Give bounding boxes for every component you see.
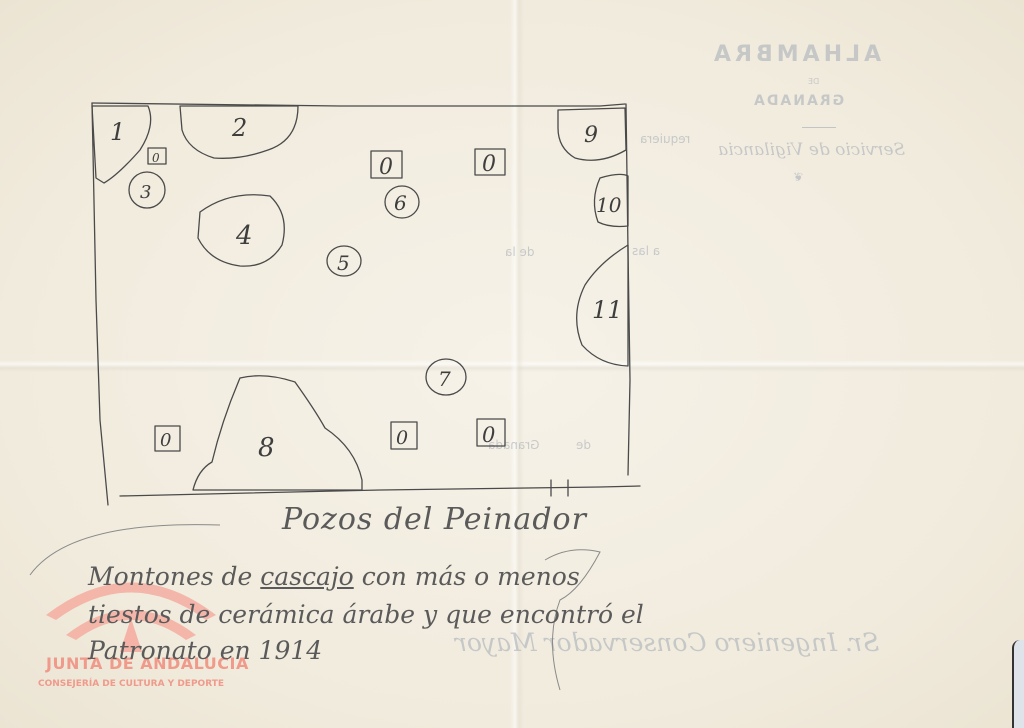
marker-label: 0 <box>160 430 171 451</box>
heap-8 <box>193 376 362 490</box>
heap-label: 5 <box>337 251 350 275</box>
caption-line-1: Montones de cascajo con más o menos <box>88 562 580 591</box>
heap-label: 8 <box>258 433 275 463</box>
marker-label: 0 <box>482 152 496 177</box>
heap-label: 9 <box>584 123 598 148</box>
heap-label: 10 <box>596 193 622 217</box>
marker-label: 0 <box>396 427 408 449</box>
heap-label: 3 <box>140 182 151 203</box>
heap-labels: 1 2 3 4 5 6 7 8 9 10 11 0 0 0 0 0 0 <box>110 114 623 463</box>
heap-label: 4 <box>235 221 253 251</box>
marker-label: 0 <box>152 151 160 165</box>
heap-label: 1 <box>110 118 125 146</box>
caption-underlined-word: cascajo <box>260 562 353 591</box>
heap-label: 6 <box>394 191 407 215</box>
caption-line-1-suffix: con más o menos <box>362 562 580 591</box>
marker-label: 0 <box>482 423 495 447</box>
marker-label: 0 <box>379 155 393 180</box>
caption-line-3: Patronato en 1914 <box>88 636 322 665</box>
square-markers <box>148 148 505 451</box>
paper-torn-edge <box>1012 640 1024 728</box>
caption-line-1-prefix: Montones de <box>88 562 252 591</box>
heap-label: 7 <box>438 367 451 391</box>
heap-label: 11 <box>592 296 623 324</box>
heap-label: 2 <box>231 114 247 142</box>
caption-line-2: tiestos de cerámica árabe y que encontró… <box>88 600 644 629</box>
caption-title: Pozos del Peinador <box>282 502 587 537</box>
